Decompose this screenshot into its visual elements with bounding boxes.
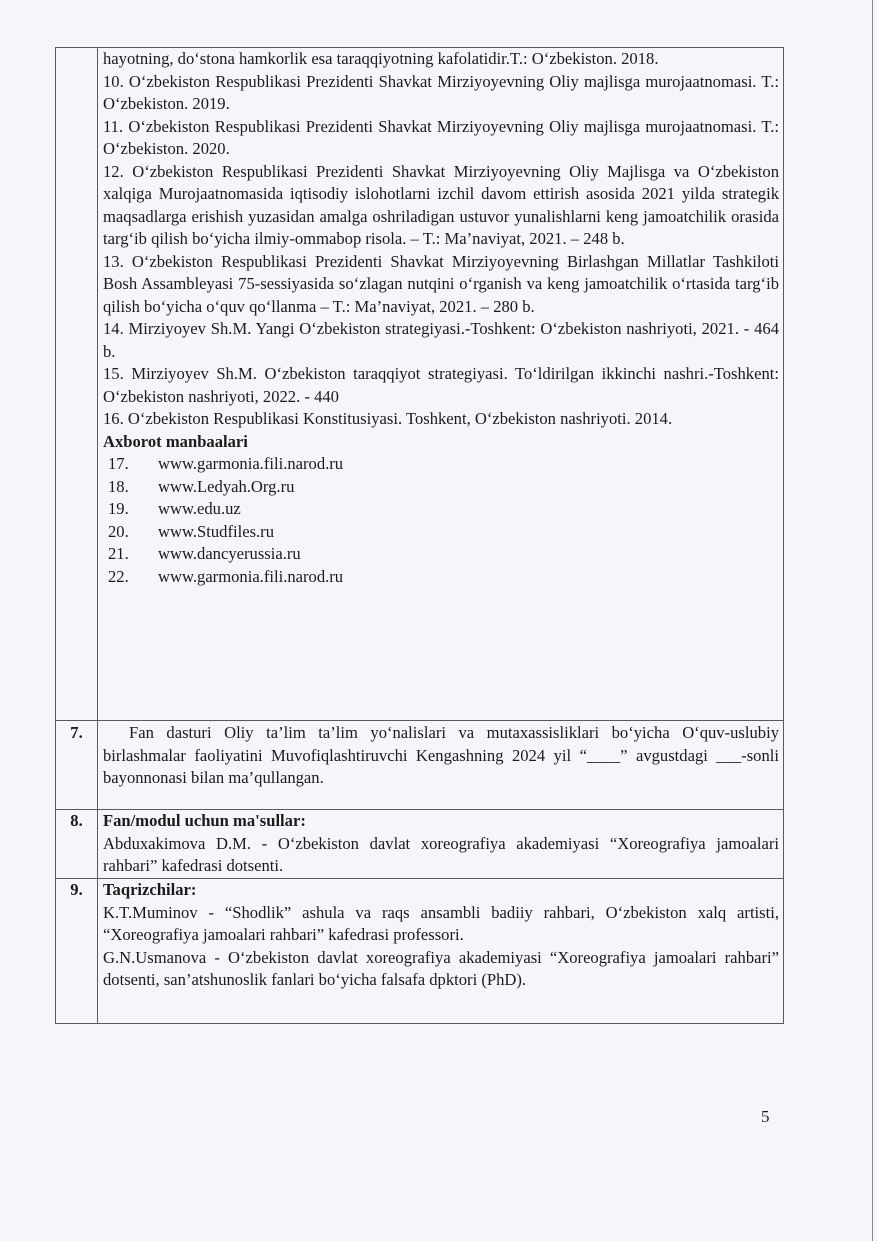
info-source-number: 22.: [103, 566, 158, 589]
info-source-number: 19.: [103, 498, 158, 521]
responsible-text: Abduxakimova D.M. - O‘zbekiston davlat x…: [103, 833, 779, 878]
reviewers-heading: Taqrizchilar:: [103, 879, 779, 902]
info-source-number: 20.: [103, 521, 158, 544]
approval-text: Fan dasturi Oliy ta’lim ta’lim yo‘nalisl…: [103, 722, 779, 790]
reference-item: 13. O‘zbekiston Respublikasi Prezidenti …: [103, 251, 779, 319]
info-sources-heading: Axborot manbaalari: [103, 431, 779, 454]
row-number: 7.: [56, 721, 98, 810]
info-source-link[interactable]: www.dancyerussia.ru: [158, 543, 301, 566]
reviewers-cell: Taqrizchilar: K.T.Muminov - “Shodlik” as…: [98, 879, 784, 1024]
info-source-link[interactable]: www.Ledyah.Org.ru: [158, 476, 294, 499]
table-row-literature: hayotning, do‘stona hamkorlik esa taraqq…: [56, 48, 784, 721]
reference-item: 11. O‘zbekiston Respublikasi Prezidenti …: [103, 116, 779, 161]
row-number: [56, 48, 98, 721]
info-source-item: 17. www.garmonia.fili.narod.ru: [103, 453, 779, 476]
info-source-link[interactable]: www.garmonia.fili.narod.ru: [158, 566, 343, 589]
approval-cell: Fan dasturi Oliy ta’lim ta’lim yo‘nalisl…: [98, 721, 784, 810]
reviewer-item: K.T.Muminov - “Shodlik” ashula va raqs a…: [103, 902, 779, 947]
info-source-item: 21. www.dancyerussia.ru: [103, 543, 779, 566]
reference-item: 14. Mirziyoyev Sh.M. Yangi O‘zbekiston s…: [103, 318, 779, 363]
responsible-cell: Fan/modul uchun ma'sullar: Abduxakimova …: [98, 810, 784, 879]
info-source-number: 17.: [103, 453, 158, 476]
reference-item: 16. O‘zbekiston Respublikasi Konstitusiy…: [103, 408, 779, 431]
row-number: 8.: [56, 810, 98, 879]
info-source-link[interactable]: www.garmonia.fili.narod.ru: [158, 453, 343, 476]
responsible-heading: Fan/modul uchun ma'sullar:: [103, 810, 779, 833]
info-source-number: 18.: [103, 476, 158, 499]
table-row-reviewers: 9. Taqrizchilar: K.T.Muminov - “Shodlik”…: [56, 879, 784, 1024]
info-source-item: 20. www.Studfiles.ru: [103, 521, 779, 544]
info-source-number: 21.: [103, 543, 158, 566]
info-source-link[interactable]: www.Studfiles.ru: [158, 521, 274, 544]
reviewer-item: G.N.Usmanova - O‘zbekiston davlat xoreog…: [103, 947, 779, 992]
literature-cell: hayotning, do‘stona hamkorlik esa taraqq…: [98, 48, 784, 721]
reference-item: 15. Mirziyoyev Sh.M. O‘zbekiston taraqqi…: [103, 363, 779, 408]
syllabus-table: hayotning, do‘stona hamkorlik esa taraqq…: [55, 47, 784, 1024]
info-source-item: 18. www.Ledyah.Org.ru: [103, 476, 779, 499]
info-source-item: 22. www.garmonia.fili.narod.ru: [103, 566, 779, 589]
info-source-link[interactable]: www.edu.uz: [158, 498, 241, 521]
reference-item: 12. O‘zbekiston Respublikasi Prezidenti …: [103, 161, 779, 251]
reference-item: hayotning, do‘stona hamkorlik esa taraqq…: [103, 48, 779, 71]
table-row-responsible: 8. Fan/modul uchun ma'sullar: Abduxakimo…: [56, 810, 784, 879]
table-row-approval: 7. Fan dasturi Oliy ta’lim ta’lim yo‘nal…: [56, 721, 784, 810]
page-edge-line: [872, 0, 873, 1241]
info-source-item: 19. www.edu.uz: [103, 498, 779, 521]
page-number: 5: [761, 1107, 770, 1127]
reference-item: 10. O‘zbekiston Respublikasi Prezidenti …: [103, 71, 779, 116]
row-number: 9.: [56, 879, 98, 1024]
